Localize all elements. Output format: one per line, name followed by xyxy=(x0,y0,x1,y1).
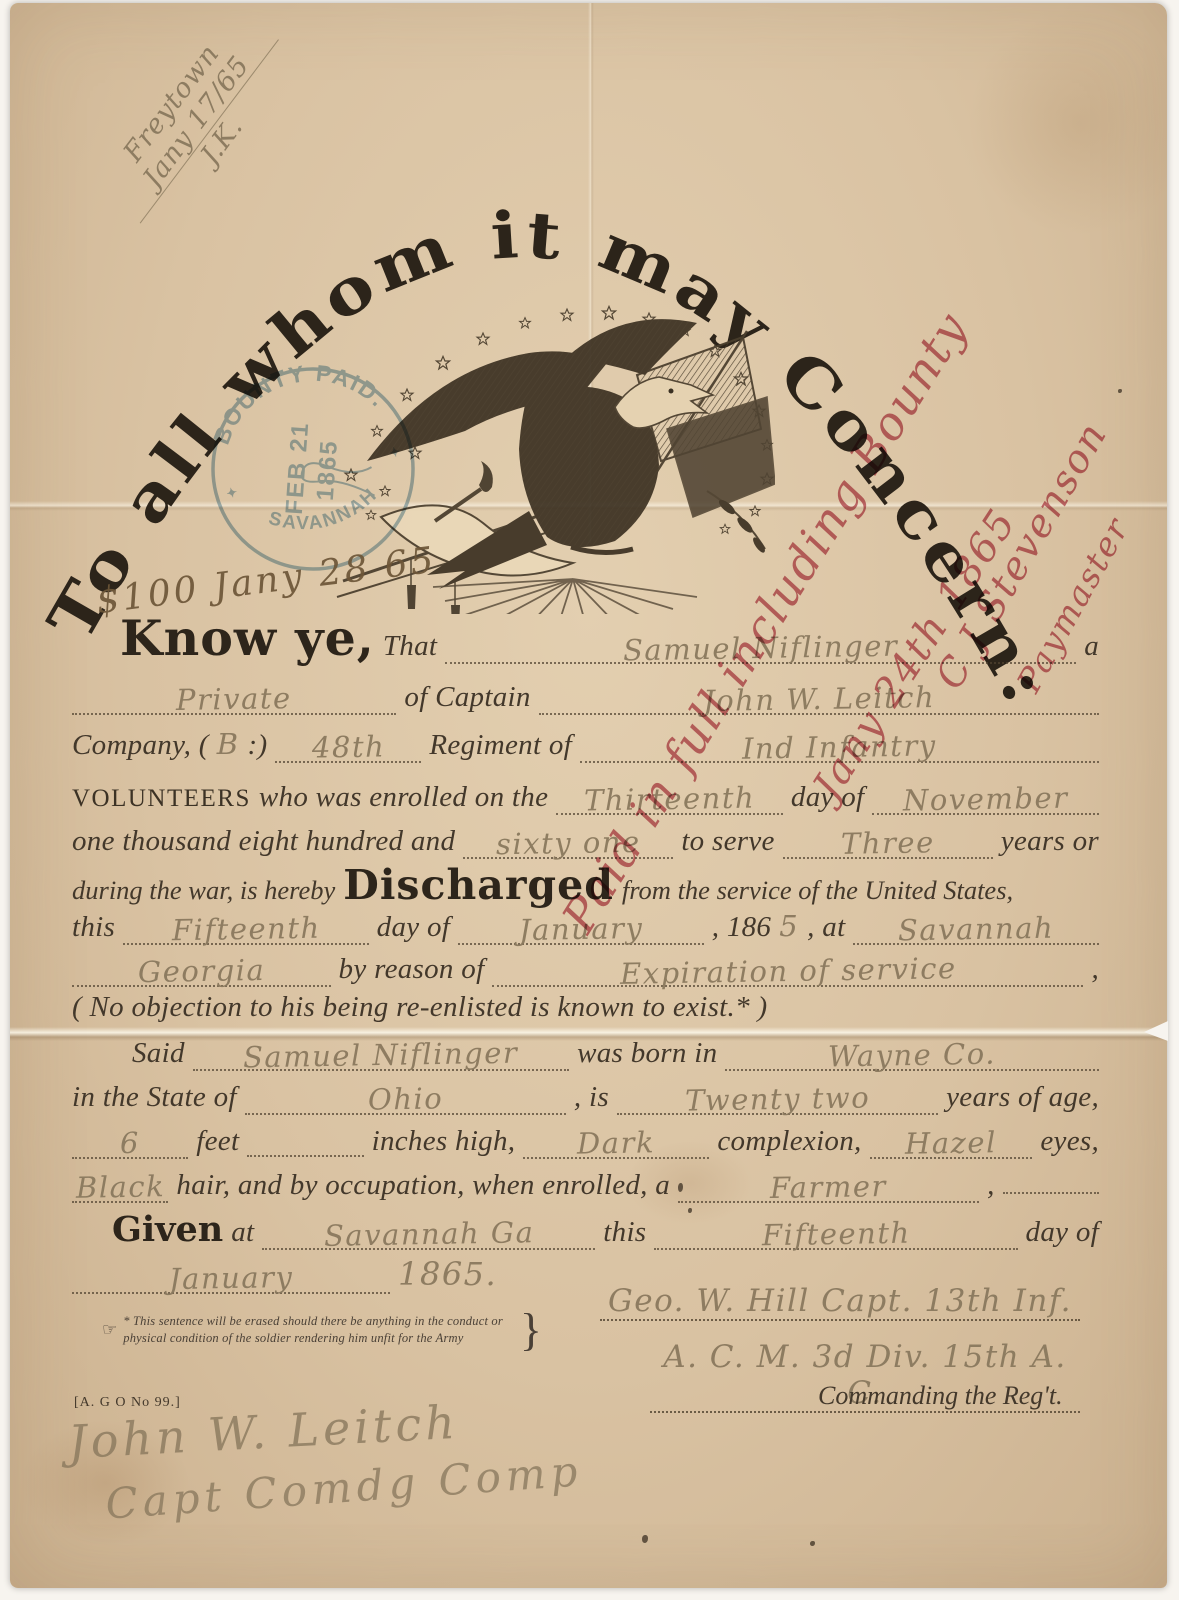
discharge-month-blank: January xyxy=(458,909,704,945)
discharge-place-blank: Savannah xyxy=(853,909,1099,945)
printed-regiment-of: Regiment of xyxy=(429,729,572,762)
printed-service: from the service of the United States, xyxy=(622,875,1013,906)
commanding-caption: Commanding the Reg't. xyxy=(818,1381,1063,1411)
printed-of-captain: of Captain xyxy=(404,681,530,714)
printed-company-paren: :) xyxy=(248,729,268,762)
given-year-value: 1865. xyxy=(398,1255,497,1293)
feet-blank: 6 xyxy=(72,1123,188,1159)
inches-blank xyxy=(247,1137,363,1157)
company-letter-value: B xyxy=(217,727,240,761)
soldier-name-value: Samuel Niflinger xyxy=(623,629,899,668)
officer-signature-value: Geo. W. Hill Capt. 13th Inf. xyxy=(608,1283,1072,1319)
given-day-value: Fifteenth xyxy=(761,1216,910,1253)
printed-186: , 186 xyxy=(712,911,772,944)
rank-value: Private xyxy=(176,681,292,717)
printed-day-of3: day of xyxy=(1026,1216,1099,1249)
soldier-name-blank: Samuel Niflinger xyxy=(445,628,1076,664)
printed-volunteers: VOLUNTEERS xyxy=(72,785,251,813)
officer-signature-line: Geo. W. Hill Capt. 13th Inf. xyxy=(600,1283,1080,1321)
occupation-blank: Farmer xyxy=(678,1167,979,1203)
printed-said: Said xyxy=(132,1037,185,1070)
printed-day-of2: day of xyxy=(377,911,450,944)
printed-hair-line: hair, and by occupation, when enrolled, … xyxy=(176,1169,670,1202)
form-line-company: Company, ( B :) 48th Regiment of Ind Inf… xyxy=(72,727,1099,763)
printed-a: a xyxy=(1084,630,1099,663)
regiment-number-value: 48th xyxy=(312,729,386,764)
given-heading: Given xyxy=(112,1209,223,1250)
given-day-blank: Fifteenth xyxy=(654,1214,1017,1250)
serve-years-value: Three xyxy=(841,825,935,861)
form-line-born: Said Samuel Niflinger was born in Wayne … xyxy=(72,1035,1099,1071)
printed-company: Company, ( xyxy=(72,729,209,762)
form-line-discharged: during the war, is hereby Discharged fro… xyxy=(72,861,1099,909)
manicule-icon: ☞ xyxy=(102,1320,117,1340)
form-line-given: Given at Savannah Ga this Fifteenth day … xyxy=(72,1209,1099,1250)
birth-state-blank: Ohio xyxy=(245,1079,566,1115)
birth-place-blank: Wayne Co. xyxy=(725,1035,1099,1071)
occupation-value: Farmer xyxy=(770,1169,887,1205)
enroll-month-blank: November xyxy=(872,779,1099,815)
discharged-heading: Discharged xyxy=(343,861,614,909)
form-line-year: one thousand eight hundred and sixty one… xyxy=(72,823,1099,859)
enroll-year-blank: sixty one xyxy=(463,823,673,859)
eyes-blank: Hazel xyxy=(870,1123,1033,1159)
ink-speck xyxy=(1118,389,1122,393)
state-value: Georgia xyxy=(137,953,265,989)
stamp-separator-right: ✦ xyxy=(388,443,404,461)
scanned-document: To all whom it may Concern: xyxy=(0,0,1179,1600)
regiment-name-blank: Ind Infantry xyxy=(580,727,1099,763)
enroll-year-value: sixty one xyxy=(496,825,641,862)
fine-print-note: ☞ * This sentence will be erased should … xyxy=(102,1303,542,1356)
soldier-name2-value: Samuel Niflinger xyxy=(243,1036,519,1075)
year-digit-value: 5 xyxy=(779,909,799,943)
printed-complexion: complexion, xyxy=(717,1125,861,1158)
printed-that: That xyxy=(383,630,437,663)
given-month-value: January xyxy=(169,1260,294,1296)
age-blank: Twenty two xyxy=(617,1079,938,1115)
discharge-place-value: Savannah xyxy=(898,911,1055,948)
know-ye-heading: Know ye, xyxy=(120,609,375,667)
ink-speck xyxy=(642,1535,648,1543)
printed-to-serve: to serve xyxy=(681,825,774,858)
regiment-number-blank: 48th xyxy=(275,727,421,763)
discharge-day-value: Fifteenth xyxy=(171,911,320,948)
printed-is: , is xyxy=(574,1081,609,1114)
printed-years-or: years or xyxy=(1001,825,1099,858)
age-value: Twenty two xyxy=(685,1080,871,1117)
rank-blank: Private xyxy=(72,679,396,715)
birth-place-value: Wayne Co. xyxy=(828,1037,996,1074)
stamp-separator-left: ✦ xyxy=(225,484,241,502)
given-place-value: Savannah Ga xyxy=(323,1215,534,1253)
edge-tear xyxy=(1144,1021,1168,1041)
form-line-description: 6 feet inches high, Dark complexion, Haz… xyxy=(72,1123,1099,1159)
printed-occ-comma: , xyxy=(987,1169,995,1202)
form-number-code: [A. G O No 99.] xyxy=(74,1395,181,1411)
serve-years-blank: Three xyxy=(783,823,993,859)
printed-state-of: in the State of xyxy=(72,1081,237,1114)
printed-no-objection: ( No objection to his being re-enlisted … xyxy=(72,991,767,1024)
printed-at2: at xyxy=(231,1216,254,1249)
printed-this2: this xyxy=(603,1216,646,1249)
complexion-blank: Dark xyxy=(523,1123,709,1159)
enroll-day-blank: Thirteenth xyxy=(556,779,783,815)
state-blank: Georgia xyxy=(72,951,331,987)
given-place-blank: Savannah Ga xyxy=(262,1214,595,1250)
birth-state-value: Ohio xyxy=(367,1081,443,1116)
enroll-month-value: November xyxy=(903,781,1069,818)
printed-enrolled: who was enrolled on the xyxy=(259,781,548,814)
corner-docket-note: Freytown Jany 17/65 J.K. xyxy=(90,2,304,242)
captain-name-blank: John W. Leitch xyxy=(539,679,1099,715)
printed-born-in: was born in xyxy=(577,1037,717,1070)
enroll-day-value: Thirteenth xyxy=(584,781,756,818)
hair-blank: Black xyxy=(72,1167,168,1203)
eyes-value: Hazel xyxy=(905,1125,997,1161)
captain-name-value: John W. Leitch xyxy=(703,680,936,718)
fine-print-brace: } xyxy=(520,1303,542,1356)
printed-day-of: day of xyxy=(791,781,864,814)
form-line-discharge-date: this Fifteenth day of January , 186 5 , … xyxy=(72,909,1099,945)
stamp-date-month-day: FEB 21 xyxy=(281,420,314,515)
form-line-reason: Georgia by reason of Expiration of servi… xyxy=(72,951,1099,987)
form-line-know-ye: Know ye, That Samuel Niflinger a xyxy=(72,609,1099,667)
form-line-rank: Private of Captain John W. Leitch xyxy=(72,679,1099,715)
form-line-enrolled: VOLUNTEERS who was enrolled on the Thirt… xyxy=(72,779,1099,815)
printed-this: this xyxy=(72,911,115,944)
complexion-value: Dark xyxy=(577,1125,656,1160)
reason-blank: Expiration of service xyxy=(492,951,1083,987)
printed-during: during the war, is hereby xyxy=(72,875,335,906)
regiment-name-value: Ind Infantry xyxy=(742,728,937,765)
printed-year-line: one thousand eight hundred and xyxy=(72,825,455,858)
discharge-day-blank: Fifteenth xyxy=(123,909,369,945)
form-line-no-objection: ( No objection to his being re-enlisted … xyxy=(72,991,1099,1024)
printed-at: , at xyxy=(807,911,845,944)
given-month-blank: January xyxy=(72,1258,390,1294)
feet-value: 6 xyxy=(120,1126,141,1160)
fine-print-text: * This sentence will be erased should th… xyxy=(123,1313,514,1346)
printed-inches: inches high, xyxy=(372,1125,516,1158)
certificate-paper: To all whom it may Concern: xyxy=(10,3,1167,1588)
discharge-month-value: January xyxy=(518,911,643,947)
ink-speck xyxy=(810,1541,815,1546)
soldier-name2-blank: Samuel Niflinger xyxy=(193,1035,569,1071)
printed-age-suffix: years of age, xyxy=(946,1081,1099,1114)
printed-feet: feet xyxy=(196,1125,239,1158)
reason-value: Expiration of service xyxy=(619,951,956,991)
form-line-state-age: in the State of Ohio , is Twenty two yea… xyxy=(72,1079,1099,1115)
trailing-blank xyxy=(1003,1192,1099,1194)
printed-comma: , xyxy=(1091,953,1099,986)
hair-value: Black xyxy=(75,1169,165,1205)
printed-eyes: eyes, xyxy=(1040,1125,1099,1158)
form-line-hair-occupation: Black hair, and by occupation, when enro… xyxy=(72,1167,1099,1203)
printed-by-reason: by reason of xyxy=(339,953,485,986)
